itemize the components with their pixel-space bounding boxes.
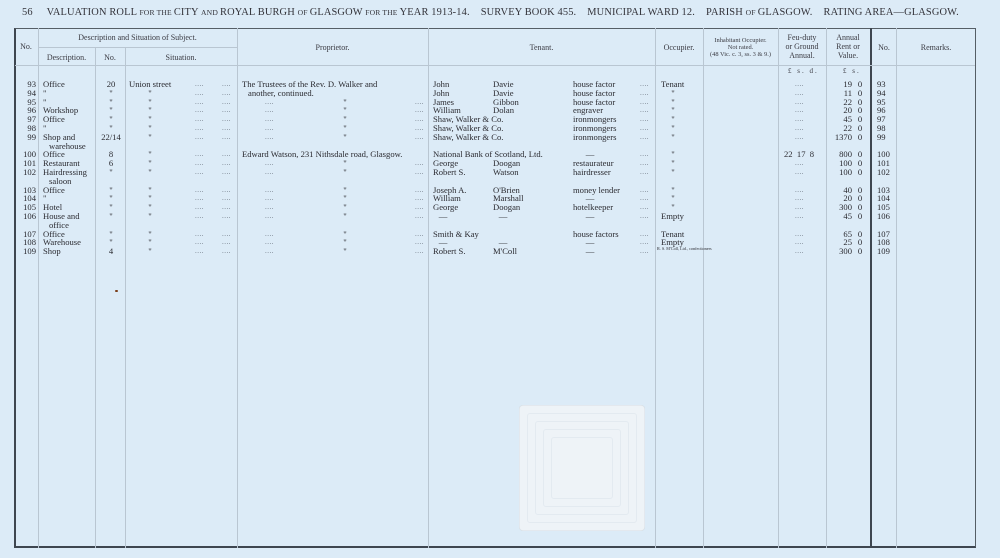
leader-dots: .... <box>195 133 207 142</box>
survey-book: SURVEY BOOK 455. <box>481 7 577 18</box>
leader-dots: .... <box>265 133 277 142</box>
feu-duty-empty: .... <box>795 89 809 98</box>
feu-duty-value: 22 17 8 <box>784 150 828 159</box>
feu-duty-empty: .... <box>795 133 809 142</box>
ledger-row: 99Shop and22/14"............"....Shaw, W… <box>0 133 1000 142</box>
feu-duty-empty: .... <box>795 124 809 133</box>
annual-rent-shillings: 0 <box>856 168 864 177</box>
street-number: 22/14 <box>98 133 124 142</box>
annual-rent-pounds: 1370 <box>826 133 852 142</box>
leader-dots: .... <box>195 168 207 177</box>
feu-duty-empty: .... <box>795 98 809 107</box>
leader-dots: .... <box>415 186 427 195</box>
leader-dots: .... <box>415 238 427 247</box>
leader-dots: .... <box>265 212 277 221</box>
leader-dots: .... <box>640 80 652 89</box>
parish: PARISH OF GLASGOW. <box>706 7 813 18</box>
leader-dots: .... <box>222 115 234 124</box>
feu-duty-empty: .... <box>795 247 809 256</box>
street-number: " <box>98 212 124 221</box>
leader-dots: .... <box>640 89 652 98</box>
rating-area: RATING AREA—GLASGOW. <box>824 7 959 18</box>
feu-duty-empty: .... <box>795 168 809 177</box>
proprietor-ditto: " <box>340 212 350 221</box>
leader-dots: .... <box>195 150 207 159</box>
situation: Union street <box>129 80 199 89</box>
subject-description: Shop <box>43 247 98 256</box>
leader-dots: .... <box>415 106 427 115</box>
annual-rent-pounds: 100 <box>826 168 852 177</box>
leader-dots: .... <box>195 230 207 239</box>
tenant-surname: Dolan <box>493 106 563 115</box>
leader-dots: .... <box>222 106 234 115</box>
leader-dots: .... <box>222 194 234 203</box>
street-number: " <box>98 168 124 177</box>
leader-dots: .... <box>415 159 427 168</box>
leader-dots: .... <box>640 230 652 239</box>
feu-duty-empty: .... <box>795 186 809 195</box>
leader-dots: .... <box>195 247 207 256</box>
page-header: 56 VALUATION ROLL FOR THE CITY AND ROYAL… <box>22 7 982 18</box>
leader-dots: .... <box>415 98 427 107</box>
leader-dots: .... <box>265 186 277 195</box>
col-header-no-right: No. <box>872 43 896 52</box>
leader-dots: .... <box>640 194 652 203</box>
leader-dots: .... <box>195 98 207 107</box>
annual-rent-pounds: 300 <box>826 247 852 256</box>
proprietor-ditto: " <box>340 168 350 177</box>
occupier: Tenant <box>661 80 703 89</box>
row-number-right: 102 <box>877 168 897 177</box>
leader-dots: .... <box>640 212 652 221</box>
proprietor: Edward Watson, 231 Nithsdale road, Glasg… <box>242 150 427 159</box>
col-header-street-no: No. <box>95 53 125 62</box>
leader-dots: .... <box>195 159 207 168</box>
annual-rent-shillings: 0 <box>856 133 864 142</box>
leader-dots: .... <box>265 106 277 115</box>
leader-dots: .... <box>222 247 234 256</box>
leader-dots: .... <box>195 212 207 221</box>
street-number: 4 <box>98 247 124 256</box>
feu-duty-empty: .... <box>795 230 809 239</box>
leader-dots: .... <box>640 124 652 133</box>
leader-dots: .... <box>415 115 427 124</box>
leader-dots: .... <box>195 124 207 133</box>
leader-dots: .... <box>222 203 234 212</box>
leader-dots: .... <box>640 115 652 124</box>
leader-dots: .... <box>222 80 234 89</box>
tenant-surname: — <box>493 212 513 221</box>
leader-dots: .... <box>640 106 652 115</box>
leader-dots: .... <box>222 159 234 168</box>
subject-description: Office <box>43 115 98 124</box>
feu-duty-empty: .... <box>795 115 809 124</box>
occupier: Empty <box>661 212 703 221</box>
annual-rent-pounds: 45 <box>826 212 852 221</box>
col-header-remarks: Remarks. <box>896 43 976 52</box>
header-bottom-rule <box>15 65 975 66</box>
tenant-occupation: — <box>575 212 605 221</box>
leader-dots: .... <box>640 159 652 168</box>
leader-dots: .... <box>265 159 277 168</box>
leader-dots: .... <box>265 238 277 247</box>
page-number: 56 <box>22 7 44 18</box>
leader-dots: .... <box>265 203 277 212</box>
situation-ditto: " <box>140 168 160 177</box>
leader-dots: .... <box>415 133 427 142</box>
feu-duty-empty: .... <box>795 203 809 212</box>
col-header-description-group: Description and Situation of Subject. <box>38 33 237 42</box>
tenant-name: Robert S. <box>433 247 493 256</box>
subject-description: " <box>43 89 98 98</box>
subject-description: Office <box>43 186 98 195</box>
tenant-occupation: ironmongers <box>573 133 648 142</box>
row-number: 106 <box>14 212 36 221</box>
feu-duty-empty: .... <box>795 238 809 247</box>
feu-units: £ s. d. <box>788 67 819 75</box>
tenant-surname: M'Coll <box>493 247 563 256</box>
roll-title: VALUATION ROLL FOR THE CITY AND ROYAL BU… <box>47 7 470 18</box>
leader-dots: .... <box>222 186 234 195</box>
row-number: 99 <box>14 133 36 142</box>
col-header-occupier: Occupier. <box>655 43 703 52</box>
tenant-surname: Watson <box>493 168 563 177</box>
ledger-row: 102Hairdressing""............"....Robert… <box>0 168 1000 177</box>
col-header-annual-rent: AnnualRent orValue. <box>826 33 870 60</box>
row-number-right: 99 <box>877 133 897 142</box>
leader-dots: .... <box>195 186 207 195</box>
leader-dots: .... <box>415 203 427 212</box>
leader-dots: .... <box>195 80 207 89</box>
leader-dots: .... <box>195 115 207 124</box>
rent-units: £ s. <box>843 67 861 75</box>
subject-description: Office <box>43 80 98 89</box>
tenant-occupation: hairdresser <box>573 168 648 177</box>
row-number: 102 <box>14 168 36 177</box>
situation-ditto: " <box>140 133 160 142</box>
tenant-occupation: money lender <box>573 186 648 195</box>
tenant-name: Shaw, Walker & Co. <box>433 133 573 142</box>
col-header-inhabitant-occupier: Inhabitant Occupier.Not rated.(48 Vic. c… <box>703 37 778 58</box>
feu-duty-empty: .... <box>795 159 809 168</box>
col-header-tenant: Tenant. <box>428 43 655 52</box>
leader-dots: .... <box>222 89 234 98</box>
situation-ditto: " <box>140 247 160 256</box>
leader-dots: .... <box>640 133 652 142</box>
municipal-ward: MUNICIPAL WARD 12. <box>587 7 695 18</box>
leader-dots: .... <box>195 194 207 203</box>
tenant-name: — <box>433 212 453 221</box>
security-tag-sticker <box>519 405 645 531</box>
occupier-ditto: " <box>668 133 678 142</box>
feu-duty-empty: .... <box>795 80 809 89</box>
leader-dots: .... <box>265 115 277 124</box>
leader-dots: .... <box>195 106 207 115</box>
leader-dots: .... <box>415 230 427 239</box>
leader-dots: .... <box>640 247 652 256</box>
col-header-description: Description. <box>38 53 95 62</box>
leader-dots: .... <box>222 212 234 221</box>
tenant-occupation: hotelkeeper <box>573 203 648 212</box>
leader-dots: .... <box>415 194 427 203</box>
leader-dots: .... <box>222 238 234 247</box>
occupier-ditto: " <box>668 168 678 177</box>
col-header-proprietor: Proprietor. <box>237 43 428 52</box>
leader-dots: .... <box>640 150 652 159</box>
leader-dots: .... <box>195 238 207 247</box>
proprietor-ditto: " <box>340 247 350 256</box>
col-header-situation: Situation. <box>125 53 237 62</box>
leader-dots: .... <box>415 212 427 221</box>
leader-dots: .... <box>415 124 427 133</box>
feu-duty-empty: .... <box>795 194 809 203</box>
leader-dots: .... <box>222 124 234 133</box>
leader-dots: .... <box>265 247 277 256</box>
tenant-name: Robert S. <box>433 168 493 177</box>
leader-dots: .... <box>195 203 207 212</box>
leader-dots: .... <box>415 247 427 256</box>
leader-dots: .... <box>640 186 652 195</box>
leader-dots: .... <box>265 124 277 133</box>
ledger-row: 106House and""............"....———....Em… <box>0 212 1000 221</box>
leader-dots: .... <box>265 168 277 177</box>
leader-dots: .... <box>640 238 652 247</box>
tenant-occupation: — <box>575 247 605 256</box>
leader-dots: .... <box>265 98 277 107</box>
row-number: 109 <box>14 247 36 256</box>
row-number-right: 106 <box>877 212 897 221</box>
header-group-rule <box>38 47 237 48</box>
situation-ditto: " <box>140 212 160 221</box>
leader-dots: .... <box>222 133 234 142</box>
ledger-row: 109Shop4"............"....Robert S.M'Col… <box>0 247 1000 256</box>
leader-dots: .... <box>222 98 234 107</box>
leader-dots: .... <box>640 203 652 212</box>
feu-duty-empty: .... <box>795 212 809 221</box>
leader-dots: .... <box>222 230 234 239</box>
ink-speck <box>115 290 118 292</box>
annual-rent-shillings: 0 <box>856 247 864 256</box>
leader-dots: .... <box>640 98 652 107</box>
col-header-no: No. <box>14 42 38 51</box>
leader-dots: .... <box>415 168 427 177</box>
occupier-note: R. S. M'Coll, Ltd., confectioners <box>657 247 701 252</box>
leader-dots: .... <box>222 168 234 177</box>
proprietor-ditto: " <box>340 133 350 142</box>
leader-dots: .... <box>265 230 277 239</box>
col-header-feu-duty: Feu-dutyor GroundAnnual. <box>778 33 826 60</box>
leader-dots: .... <box>640 168 652 177</box>
feu-duty-empty: .... <box>795 106 809 115</box>
tenant-occupation: house factors <box>573 230 648 239</box>
row-number-right: 109 <box>877 247 897 256</box>
leader-dots: .... <box>222 150 234 159</box>
leader-dots: .... <box>195 89 207 98</box>
leader-dots: .... <box>265 194 277 203</box>
annual-rent-shillings: 0 <box>856 212 864 221</box>
